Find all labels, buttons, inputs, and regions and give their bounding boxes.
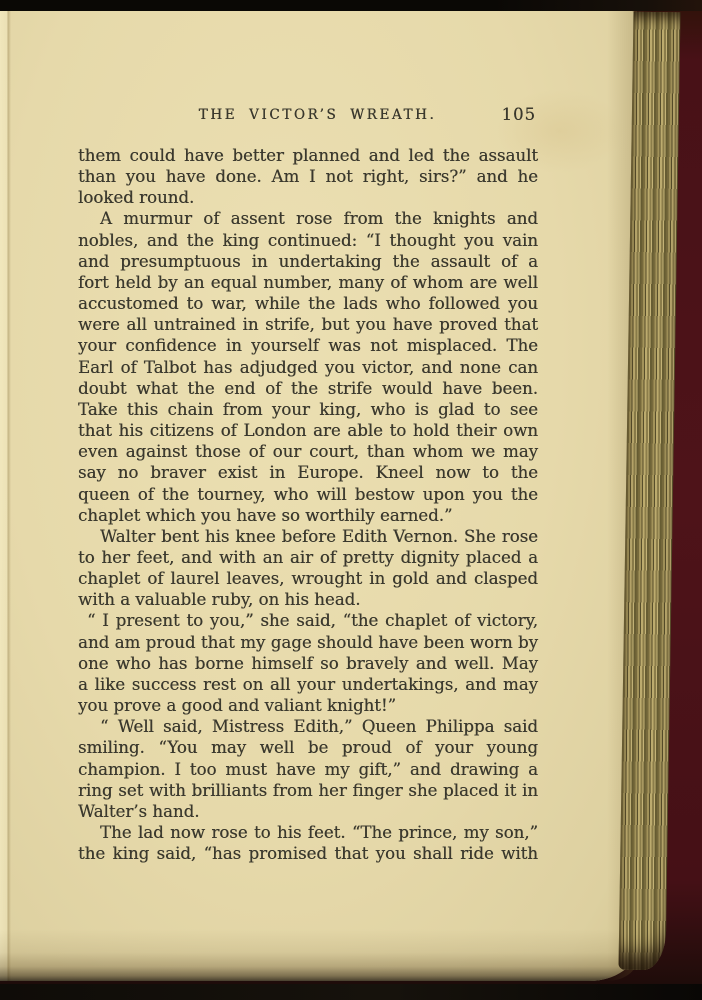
- text-line: a like success rest on all your undertak…: [78, 674, 538, 695]
- text-line: with a valuable ruby, on his head.: [78, 589, 538, 610]
- text-line: “ Well said, Mistress Edith,” Queen Phil…: [78, 716, 538, 737]
- scan-border-top: [0, 0, 702, 11]
- paragraph: “ I present to you,” she said, “the chap…: [78, 610, 538, 716]
- running-header: THE VICTOR’S WREATH. 105: [78, 105, 538, 127]
- text-line: champion. I too must have my gift,” and …: [78, 759, 538, 780]
- book-page: THE VICTOR’S WREATH. 105 them could have…: [0, 11, 637, 981]
- paragraph: “ Well said, Mistress Edith,” Queen Phil…: [78, 716, 538, 822]
- text-line: and presumptuous in undertaking the assa…: [78, 251, 538, 272]
- text-line: your confidence in yourself was not misp…: [78, 335, 538, 356]
- page-text: them could have better planned and led t…: [78, 145, 538, 864]
- text-line: and am proud that my gage should have be…: [78, 632, 538, 653]
- text-line: A murmur of assent rose from the knights…: [78, 208, 538, 229]
- scanned-book-photo: THE VICTOR’S WREATH. 105 them could have…: [0, 0, 702, 1000]
- paragraph: The lad now rose to his feet. “The princ…: [78, 822, 538, 864]
- scan-border-bottom: [0, 984, 702, 1000]
- chapter-title: THE VICTOR’S WREATH.: [199, 107, 437, 123]
- text-line: Take this chain from your king, who is g…: [78, 399, 538, 420]
- text-line: Earl of Talbot has adjudged you victor, …: [78, 357, 538, 378]
- text-line: than you have done. Am I not right, sirs…: [78, 166, 538, 187]
- text-line: ring set with brilliants from her finger…: [78, 780, 538, 801]
- text-line: Walter’s hand.: [78, 801, 538, 822]
- text-line: queen of the tourney, who will bestow up…: [78, 484, 538, 505]
- paragraph: A murmur of assent rose from the knights…: [78, 208, 538, 525]
- text-line: that his citizens of London are able to …: [78, 420, 538, 441]
- page-number: 105: [502, 105, 537, 124]
- text-line: one who has borne himself so bravely and…: [78, 653, 538, 674]
- text-line: chaplet which you have so worthily earne…: [78, 505, 538, 526]
- text-line: fort held by an equal number, many of wh…: [78, 272, 538, 293]
- text-line: accustomed to war, while the lads who fo…: [78, 293, 538, 314]
- text-line: say no braver exist in Europe. Kneel now…: [78, 462, 538, 483]
- text-line: “ I present to you,” she said, “the chap…: [78, 610, 538, 631]
- text-line: smiling. “You may well be proud of your …: [78, 737, 538, 758]
- text-line: were all untrained in strife, but you ha…: [78, 314, 538, 335]
- text-line: them could have better planned and led t…: [78, 145, 538, 166]
- text-line: looked round.: [78, 187, 538, 208]
- text-line: even against those of our court, than wh…: [78, 441, 538, 462]
- text-line: you prove a good and valiant knight!”: [78, 695, 538, 716]
- text-line: to her feet, and with an air of pretty d…: [78, 547, 538, 568]
- text-line: nobles, and the king continued: “I thoug…: [78, 230, 538, 251]
- text-line: the king said, “has promised that you sh…: [78, 843, 538, 864]
- paragraph: Walter bent his knee before Edith Vernon…: [78, 526, 538, 611]
- text-line: chaplet of laurel leaves, wrought in gol…: [78, 568, 538, 589]
- text-line: The lad now rose to his feet. “The princ…: [78, 822, 538, 843]
- paragraph: them could have better planned and led t…: [78, 145, 538, 208]
- text-line: Walter bent his knee before Edith Vernon…: [78, 526, 538, 547]
- text-line: doubt what the end of the strife would h…: [78, 378, 538, 399]
